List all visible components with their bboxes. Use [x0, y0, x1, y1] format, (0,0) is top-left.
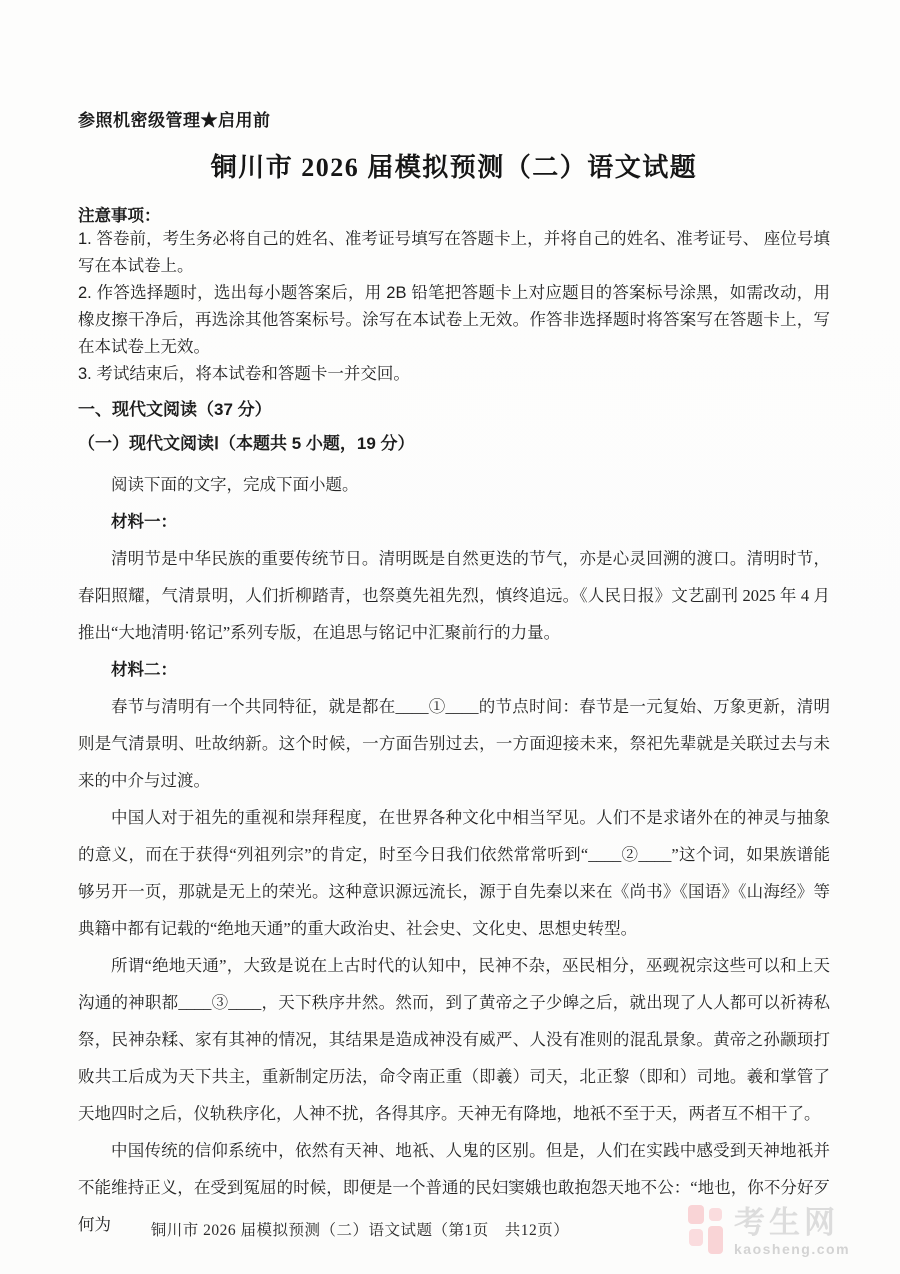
watermark-site-name: 考生网	[734, 1207, 850, 1238]
material-two-paragraph-1: 春节与清明有一个共同特征，就是都在____①____的节点时间：春节是一元复始、…	[78, 688, 830, 799]
notice-item-1: 1. 答卷前，考生务必将自己的姓名、准考证号填写在答题卡上，并将自己的姓名、准考…	[78, 226, 830, 280]
exam-paper-page: 参照机密级管理★启用前 铜川市 2026 届模拟预测（二）语文试题 注意事项： …	[0, 0, 900, 1274]
logo-block	[708, 1226, 723, 1254]
kaosheng-watermark: 考生网 kaosheng.com	[688, 1198, 888, 1264]
subsection-heading-reading-one: （一）现代文阅读Ⅰ（本题共 5 小题，19 分）	[78, 429, 830, 458]
material-two-paragraph-2: 中国人对于祖先的重视和崇拜程度，在世界各种文化中相当罕见。人们不是求诸外在的神灵…	[78, 799, 830, 947]
notice-item-3: 3. 考试结束后，将本试卷和答题卡一并交回。	[78, 361, 830, 388]
notice-item-2: 2. 作答选择题时，选出每小题答案后，用 2B 铅笔把答题卡上对应题目的答案标号…	[78, 280, 830, 361]
logo-block	[688, 1205, 704, 1224]
watermark-text-group: 考生网 kaosheng.com	[734, 1207, 850, 1256]
material-two-label: 材料二：	[78, 651, 830, 688]
logo-block	[709, 1208, 722, 1221]
material-one-label: 材料一：	[78, 503, 830, 540]
material-one-paragraph: 清明节是中华民族的重要传统节日。清明既是自然更迭的节气，亦是心灵回溯的渡口。清明…	[78, 540, 830, 651]
logo-block	[689, 1229, 703, 1246]
security-classification-note: 参照机密级管理★启用前	[78, 106, 830, 131]
notice-heading: 注意事项：	[78, 202, 830, 226]
exam-title: 铜川市 2026 届模拟预测（二）语文试题	[78, 147, 830, 184]
watermark-site-domain: kaosheng.com	[734, 1242, 850, 1256]
kaosheng-logo-icon	[688, 1205, 726, 1257]
reading-instruction: 阅读下面的文字，完成下面小题。	[78, 466, 830, 503]
material-two-paragraph-3: 所谓“绝地天通”，大致是说在上古时代的认知中，民神不杂，巫民相分，巫觋祝宗这些可…	[78, 947, 830, 1132]
section-heading-modern-reading: 一、现代文阅读（37 分）	[78, 395, 830, 424]
page-footer-label: 铜川市 2026 届模拟预测（二）语文试题（第1页 共12页）	[80, 1218, 640, 1240]
